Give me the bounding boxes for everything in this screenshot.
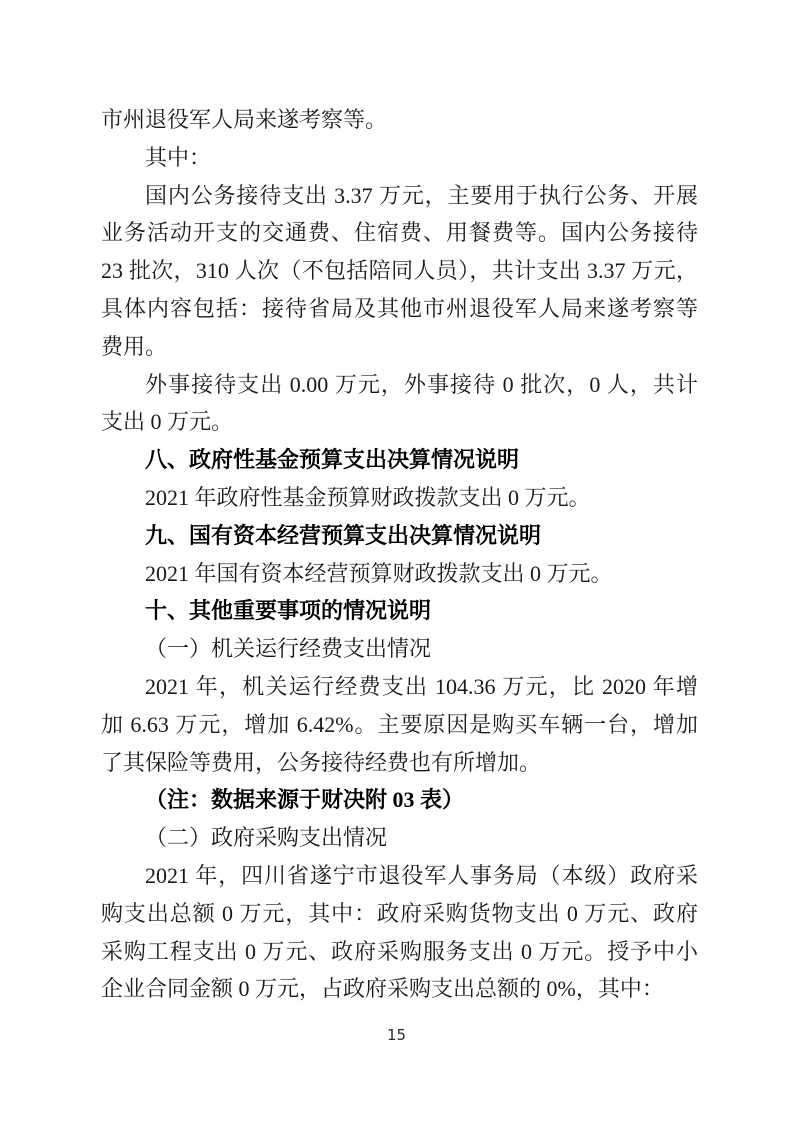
text-line: （二）政府采购支出情况 [101,819,698,857]
text-line: 外事接待支出 0.00 万元，外事接待 0 批次，0 人，共计 [101,366,698,404]
body-paragraph: 其中： [101,139,698,177]
subsection-title: （二）政府采购支出情况 [101,819,698,857]
body-paragraph: 2021 年政府性基金预算财政拨款支出 0 万元。 [101,479,698,517]
body-paragraph: 2021 年，机关运行经费支出 104.36 万元，比 2020 年增加 6.6… [101,668,698,781]
text-line: 2021 年国有资本经营预算财政拨款支出 0 万元。 [101,555,698,593]
text-line: 支出 0 万元。 [101,403,698,441]
section-heading: 十、其他重要事项的情况说明 [101,592,698,630]
document-content: 市州退役军人局来遂考察等。其中：国内公务接待支出 3.37 万元，主要用于执行公… [101,101,698,1008]
body-paragraph: 市州退役军人局来遂考察等。 [101,101,698,139]
text-line: 2021 年政府性基金预算财政拨款支出 0 万元。 [101,479,698,517]
note-line: （注：数据来源于财决附 03 表） [101,781,698,819]
text-line: 费用。 [101,328,698,366]
text-line: 采购工程支出 0 万元、政府采购服务支出 0 万元。授予中小 [101,933,698,971]
section-heading: 九、国有资本经营预算支出决算情况说明 [101,517,698,555]
body-paragraph: 2021 年，四川省遂宁市退役军人事务局（本级）政府采购支出总额 0 万元，其中… [101,857,698,1008]
text-line: 十、其他重要事项的情况说明 [101,592,698,630]
text-line: 其中： [101,139,698,177]
document-page: 市州退役军人局来遂考察等。其中：国内公务接待支出 3.37 万元，主要用于执行公… [0,0,793,1122]
text-line: 市州退役军人局来遂考察等。 [101,101,698,139]
body-paragraph: 2021 年国有资本经营预算财政拨款支出 0 万元。 [101,555,698,593]
text-line: 了其保险等费用，公务接待经费也有所增加。 [101,744,698,782]
page-number: 15 [0,1026,793,1044]
text-line: 2021 年，机关运行经费支出 104.36 万元，比 2020 年增 [101,668,698,706]
text-line: 国内公务接待支出 3.37 万元，主要用于执行公务、开展 [101,177,698,215]
text-line: 2021 年，四川省遂宁市退役军人事务局（本级）政府采 [101,857,698,895]
body-paragraph: 外事接待支出 0.00 万元，外事接待 0 批次，0 人，共计支出 0 万元。 [101,366,698,442]
subsection-title: （一）机关运行经费支出情况 [101,630,698,668]
text-line: 八、政府性基金预算支出决算情况说明 [101,441,698,479]
text-line: （注：数据来源于财决附 03 表） [101,781,698,819]
text-line: 23 批次，310 人次（不包括陪同人员），共计支出 3.37 万元， [101,252,698,290]
text-line: 加 6.63 万元，增加 6.42%。主要原因是购买车辆一台，增加 [101,706,698,744]
text-line: 业务活动开支的交通费、住宿费、用餐费等。国内公务接待 [101,214,698,252]
text-line: 企业合同金额 0 万元，占政府采购支出总额的 0%，其中： [101,970,698,1008]
section-heading: 八、政府性基金预算支出决算情况说明 [101,441,698,479]
text-line: （一）机关运行经费支出情况 [101,630,698,668]
text-line: 九、国有资本经营预算支出决算情况说明 [101,517,698,555]
text-line: 购支出总额 0 万元，其中：政府采购货物支出 0 万元、政府 [101,895,698,933]
text-line: 具体内容包括：接待省局及其他市州退役军人局来遂考察等 [101,290,698,328]
body-paragraph: 国内公务接待支出 3.37 万元，主要用于执行公务、开展业务活动开支的交通费、住… [101,177,698,366]
